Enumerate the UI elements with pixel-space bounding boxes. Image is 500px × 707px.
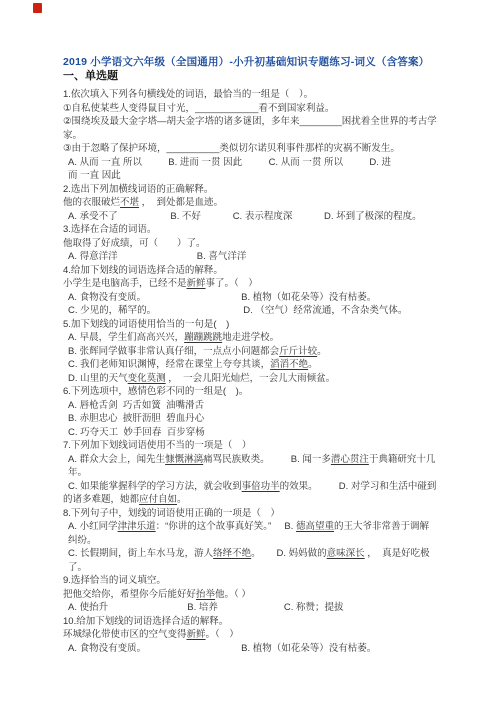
underlined-word: 新鲜 [187,278,206,289]
text-line: 家。 [63,129,445,143]
text-line: 7.下列加下划线词语使用不当的一项是（ ） [63,439,445,453]
text-segment: 6.下列选项中，感情色彩不同的一组是( )。 [63,386,248,397]
text-line: 他的衣服破烂不堪 ， 到处都是血迹。 [63,196,445,210]
text-segment: A. 小红同学 [68,521,118,532]
text-line: A. 从而 一直 所以 B. 进而 一贯 因此 C. 从而 一贯 所以 D. 进 [63,156,445,170]
text-line: C. 少见的，稀罕的。 D. （空气）经常流通，不含杂类气体。 [63,304,445,318]
text-segment: 。 [308,359,318,370]
text-segment: A. 从而 一直 所以 B. 进而 一贯 因此 C. 从而 一贯 所以 D. 进 [68,157,391,168]
text-line: 5.加下划线的词语使用恰当的一句是( ) [63,318,445,332]
text-segment: 2.选出下列加横线词语的正确解释。 [63,184,213,195]
text-segment: 8.下列句子中，划线的词语使用正确的一项是（ ） [63,508,280,519]
text-segment: 他的衣服破烂 [63,197,120,208]
text-line: 纠纷。 [63,534,445,548]
text-line: 把他交给你，希望你今后能好好抬举他。（ ） [63,588,445,602]
underlined-word: 潜心贯注 [331,454,369,465]
text-line: A. 小红同学津津乐道：“你讲的这个故事真好笑。” B. 德高望重的王大爷非常善… [63,520,445,534]
underlined-word: 滔滔不绝 [270,359,308,370]
text-line: C. 如果能掌握科学的学习方法，就会收到事倍功半的效果。 D. 对学习和生活中碰… [63,480,445,494]
page-title: 2019 小学语文六年级（全国通用）-小升初基础知识专题练习-词义（含答案） [63,55,445,69]
text-line: 10.给加下划线的词语选择合适的解释。 [63,615,445,629]
text-segment: A. 食物没有变质。 B. 植物（如花朵等）没有枯萎。 [68,292,376,303]
text-segment: C. 少见的，稀罕的。 D. （空气）经常流通，不含杂类气体。 [68,305,407,316]
text-line: 3.选择在合适的词语。 [63,223,445,237]
text-segment: ③由于忽略了保护环境，__________类似切尔诺贝利事件那样的灾祸不断发生。 [63,143,400,154]
text-segment: 而 一直 因此 [68,170,121,181]
text-line: 了。 [63,561,445,575]
underlined-word: 慷慨淋漓 [165,454,203,465]
text-line: 环城绿化带使市区的空气变得新鲜。（ ） [63,628,445,642]
text-segment: ， 一会儿阳光灿烂，一会儿大雨倾盆。 [166,373,335,384]
text-segment: A. 食物没有变质。 B. 植物（如花朵等）没有枯萎。 [68,643,376,654]
text-segment: ②围绕埃及最大金字塔—胡夫金字塔的诸多谜团，多年来________困扰着全世界的… [63,116,437,127]
text-line: 1.依次填入下列各句横线处的词语，最恰当的一组是（ ）。 [63,88,445,102]
text-segment: 9.选择恰当的词义填空。 [63,575,166,586]
underlined-word: 新鲜 [187,629,206,640]
text-line: C. 我们老师知识渊博，经常在课堂上夸夸其谈，滔滔不绝。 [63,358,445,372]
text-segment: 5.加下划线的词语使用恰当的一句是( ) [63,319,229,330]
underlined-word: 应付自如 [139,494,177,505]
underlined-word: 意味深长 [327,548,365,559]
text-segment: 3.选择在合适的词语。 [63,224,156,235]
text-segment: ， 到处都是血迹。 [139,197,223,208]
underlined-word: 津津乐道 [118,521,156,532]
text-line: A. 使抬升 B. 培养 C. 称赞；提拔 [63,601,445,615]
text-segment: C. 长假期间，街上车水马龙，游人 [68,548,213,559]
text-segment: 。 D. 妈妈做的 [251,548,326,559]
text-line: B. 张辉同学做事非常认真仔细，一点点小问题都会斤斤计较。 [63,345,445,359]
text-segment: 地走进学校。 [222,332,279,343]
text-line: 而 一直 因此 [63,169,445,183]
text-line: ②围绕埃及最大金字塔—胡夫金字塔的诸多谜团，多年来________困扰着全世界的… [63,115,445,129]
text-segment: A. 得意洋洋 B. 喜气洋洋 [68,251,246,262]
text-segment: D. 山里的天气 [68,373,128,384]
text-segment: 10.给加下划线的词语选择合适的解释。 [63,616,228,627]
text-line: ③由于忽略了保护环境，__________类似切尔诺贝利事件那样的灾祸不断发生。 [63,142,445,156]
text-line: A. 早晨，学生们高高兴兴，蹦蹦跳跳地走进学校。 [63,331,445,345]
underlined-word: 抬举 [196,589,215,600]
text-line: A. 得意洋洋 B. 喜气洋洋 [63,250,445,264]
text-segment: 的诸多难题，她都 [63,494,139,505]
text-segment: ：“你讲的这个故事真好笑。” B. [156,521,296,532]
text-segment: 家。 [63,130,82,141]
text-line: 他取得了好成绩，可（ ）了。 [63,237,445,251]
underlined-word: 不堪 [120,197,139,208]
text-segment: 痛骂民族败类。 B. 闻一多 [203,454,331,465]
text-line: A. 食物没有变质。 B. 植物（如花朵等）没有枯萎。 [63,642,445,656]
underlined-word: 蹦蹦跳跳 [184,332,222,343]
underlined-word: 变化莫测 [128,373,166,384]
document-body: 1.依次填入下列各句横线处的词语，最恰当的一组是（ ）。①自私使某些人变得鼠目寸… [63,88,445,655]
section-heading: 一、单选题 [63,69,445,84]
text-segment: A. 唇枪舌剑 巧舌如簧 油嘴滑舌 [68,400,204,411]
text-line: 小学生是电脑高手，已经不是新鲜事了。（ ） [63,277,445,291]
text-line: B. 赤胆忠心 披肝沥胆 碧血丹心 [63,412,445,426]
text-segment: 小学生是电脑高手，已经不是 [63,278,187,289]
text-line: 6.下列选项中，感情色彩不同的一组是( )。 [63,385,445,399]
text-line: A. 唇枪舌剑 巧舌如簧 油嘴滑舌 [63,399,445,413]
text-line: 8.下列句子中，划线的词语使用正确的一项是（ ） [63,507,445,521]
text-segment: A. 群众大会上，闻先生 [68,454,165,465]
text-segment: A. 承受不了 B. 不好 C. 表示程度深 D. 坏到了极深的程度。 [68,211,422,222]
text-line: A. 群众大会上，闻先生慷慨淋漓痛骂民族败类。 B. 闻一多潜心贯注于典籍研究十… [63,453,445,467]
text-segment: C. 我们老师知识渊博，经常在课堂上夸夸其谈， [68,359,270,370]
text-segment: 。 [177,494,187,505]
document-page: 2019 小学语文六年级（全国通用）-小升初基础知识专题练习-词义（含答案） 一… [0,0,500,707]
text-segment: C. 巧夺天工 妙手回春 百步穿杨 [68,427,205,438]
underlined-word: 德高望重 [296,521,334,532]
text-line: 9.选择恰当的词义填空。 [63,574,445,588]
text-line: ①自私使某些人变得鼠目寸光，____________看不到国家利益。 [63,102,445,116]
text-segment: 纠纷。 [68,535,97,546]
text-segment: 的王大爷非常善于调解 [334,521,429,532]
text-segment: B. 张辉同学做事非常认真仔细，一点点小问题都会 [68,346,279,357]
text-line: 年。 [63,466,445,480]
text-segment: ， 真是好吃极 [365,548,430,559]
text-segment: 把他交给你，希望你今后能好好 [63,589,196,600]
text-segment: 事了。（ ） [206,278,258,289]
text-segment: 。（ ） [206,629,239,640]
underlined-word: 斤斤计较 [279,346,317,357]
text-segment: 环城绿化带使市区的空气变得 [63,629,187,640]
text-segment: 7.下列加下划线词语使用不当的一项是（ ） [63,440,251,451]
text-segment: A. 使抬升 B. 培养 C. 称赞；提拔 [68,602,344,613]
text-line: D. 山里的天气变化莫测 ， 一会儿阳光灿烂，一会儿大雨倾盆。 [63,372,445,386]
text-line: 的诸多难题，她都应付自如。 [63,493,445,507]
stamp-logo-icon [33,3,42,13]
text-segment: A. 早晨，学生们高高兴兴， [68,332,184,343]
underlined-word: 络绎不绝 [213,548,251,559]
text-segment: 他取得了好成绩，可（ ）了。 [63,238,206,249]
text-line: 2.选出下列加横线词语的正确解释。 [63,183,445,197]
text-segment: 了。 [68,562,87,573]
text-segment: 年。 [68,467,87,478]
text-line: C. 长假期间，街上车水马龙，游人络绎不绝。 D. 妈妈做的意味深长 ， 真是好… [63,547,445,561]
text-segment: B. 赤胆忠心 披肝沥胆 碧血丹心 [68,413,204,424]
text-segment: 于典籍研究十几 [369,454,436,465]
text-segment: 1.依次填入下列各句横线处的词语，最恰当的一组是（ ）。 [63,89,313,100]
text-line: 4.给加下划线的词语选择合适的解释。 [63,264,445,278]
document-content: 2019 小学语文六年级（全国通用）-小升初基础知识专题练习-词义（含答案） 一… [63,55,445,655]
text-segment: 的效果。 D. 对学习和生活中碰到 [280,481,437,492]
text-line: A. 承受不了 B. 不好 C. 表示程度深 D. 坏到了极深的程度。 [63,210,445,224]
text-segment: 4.给加下划线的词语选择合适的解释。 [63,265,223,276]
text-line: C. 巧夺天工 妙手回春 百步穿杨 [63,426,445,440]
text-segment: C. 如果能掌握科学的学习方法，就会收到 [68,481,242,492]
text-line: A. 食物没有变质。 B. 植物（如花朵等）没有枯萎。 [63,291,445,305]
text-segment: 。 [317,346,327,357]
text-segment: ①自私使某些人变得鼠目寸光，____________看不到国家利益。 [63,103,334,114]
underlined-word: 事倍功半 [242,481,280,492]
text-segment: 他。（ ） [215,589,251,600]
